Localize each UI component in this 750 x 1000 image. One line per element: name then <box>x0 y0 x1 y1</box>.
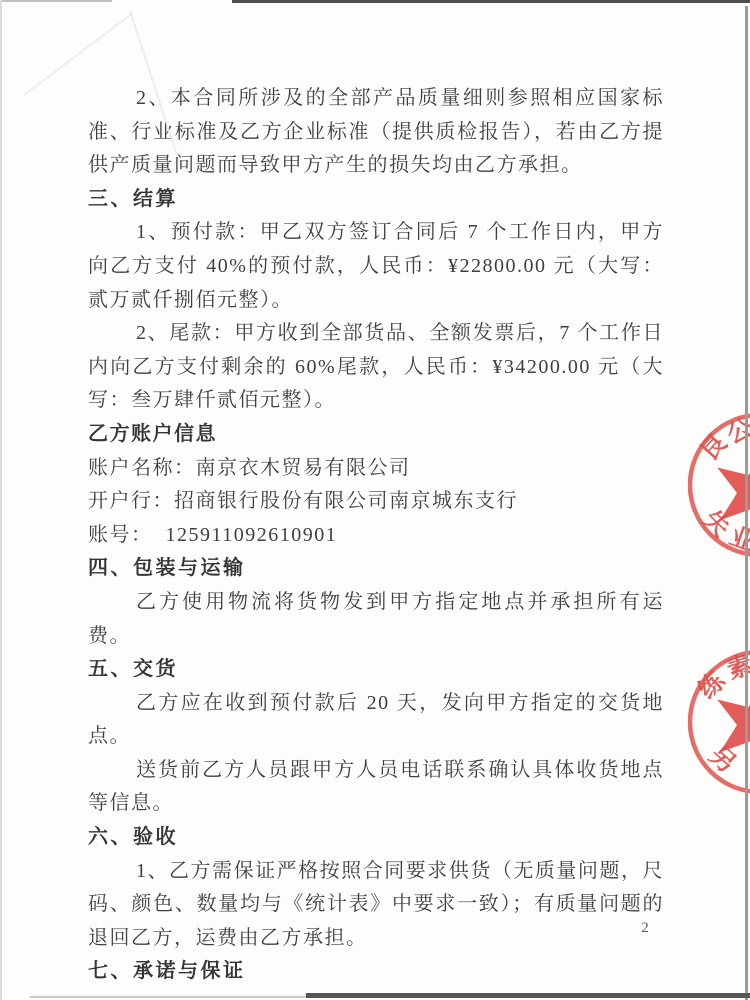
clause-prepayment: 1、预付款：甲乙双方签订合同后 7 个工作日内，甲方向乙方支付 40%的预付款，… <box>88 216 664 317</box>
section-5-heading: 五、交货 <box>88 653 664 687</box>
seal-star-icon <box>704 669 750 770</box>
seal-char: 练 <box>692 665 731 704</box>
account-name-line: 账户名称：南京衣木贸易有限公司 <box>88 452 664 486</box>
section-6-heading: 六、验收 <box>88 821 664 855</box>
scan-edge-bottom-left <box>30 996 306 998</box>
scan-edge-left <box>0 0 2 1000</box>
page-number: 2 <box>630 920 660 937</box>
company-seal-upper-icon: 艮 公 失 业 <box>688 402 750 572</box>
clause-shipping: 乙方使用物流将货物发到甲方指定地点并承担所有运费。 <box>88 586 664 653</box>
section-3-heading: 三、结算 <box>88 183 664 217</box>
clause-delivery-call: 送货前乙方人员跟甲方人员电话联系确认具体收货地点等信息。 <box>88 754 664 821</box>
seal-star-icon <box>704 437 750 538</box>
section-7-heading: 七、承诺与保证 <box>88 955 664 989</box>
scan-edge-top-left <box>0 0 112 2</box>
contract-body: 2、本合同所涉及的全部产品质量细则参照相应国家标准、行业标准及乙方企业标准（提供… <box>88 82 664 989</box>
scanned-contract-page: 2、本合同所涉及的全部产品质量细则参照相应国家标准、行业标准及乙方企业标准（提供… <box>0 0 750 1000</box>
company-seal-lower-icon: 练 素 另 <box>688 642 750 812</box>
bank-branch-line: 开户行：招商银行股份有限公司南京城东支行 <box>88 485 664 519</box>
seal-char: 失 <box>698 505 735 542</box>
scan-edge-top-right <box>232 0 750 3</box>
seal-char: 另 <box>704 741 741 779</box>
clause-balance: 2、尾款：甲方收到全部货品、全额发票后，7 个工作日内向乙方支付剩余的 60%尾… <box>88 317 664 418</box>
clause-delivery-time: 乙方应在收到预付款后 20 天，发向甲方指定的交货地点。 <box>88 687 664 754</box>
account-info-heading: 乙方账户信息 <box>88 418 664 452</box>
section-4-heading: 四、包装与运输 <box>88 552 664 586</box>
account-number-line: 账号： 125911092610901 <box>88 519 664 553</box>
seal-char: 艮 <box>695 429 733 466</box>
clause-acceptance: 1、乙方需保证严格按照合同要求供货（无质量问题，尺码、颜色、数量均与《统计表》中… <box>88 855 664 956</box>
clause-quality: 2、本合同所涉及的全部产品质量细则参照相应国家标准、行业标准及乙方企业标准（提供… <box>88 82 664 183</box>
seal-ring-icon <box>690 652 750 792</box>
seal-ring-icon <box>690 415 750 555</box>
scan-edge-right <box>745 6 748 1000</box>
scan-edge-bottom-right <box>306 993 750 998</box>
